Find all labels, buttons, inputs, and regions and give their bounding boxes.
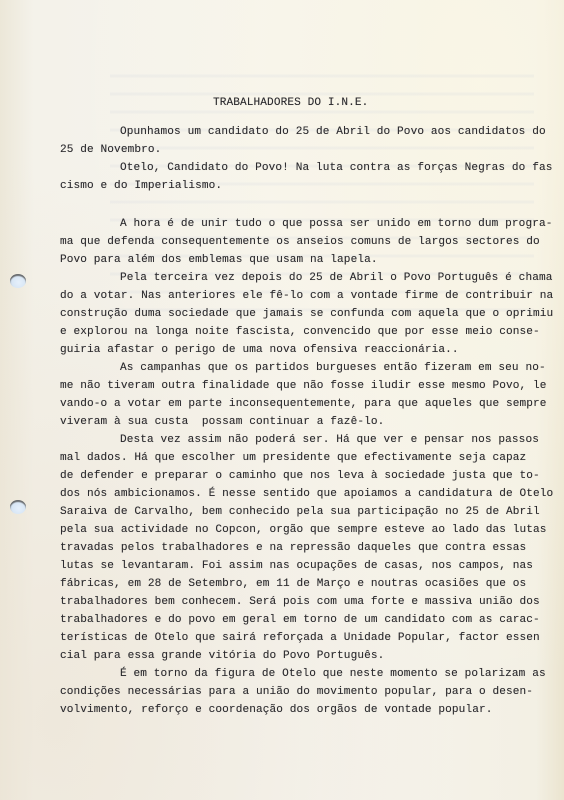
punch-hole-icon bbox=[10, 274, 26, 288]
text-line: trabalhadores bem conhecem. Será pois co… bbox=[60, 593, 540, 611]
text-line: guiria afastar o perigo de uma nova ofen… bbox=[60, 341, 540, 359]
text-line: dos nós ambicionamos. É nesse sentido qu… bbox=[60, 485, 540, 503]
text-line: viveram à sua custa possam continuar a f… bbox=[60, 413, 540, 431]
paragraph: A hora é de unir tudo o que possa ser un… bbox=[60, 215, 540, 269]
text-line: condições necessárias para a união do mo… bbox=[60, 683, 540, 701]
text-line: volvimento, reforço e coordenação dos or… bbox=[60, 701, 540, 719]
text-line: 25 de Novembro. bbox=[60, 141, 540, 159]
text-line: Pela terceira vez depois do 25 de Abril … bbox=[60, 269, 540, 287]
text-line: do a votar. Nas anteriores ele fê-lo com… bbox=[60, 287, 540, 305]
paragraph: As campanhas que os partidos burgueses e… bbox=[60, 359, 540, 431]
paragraph: Opunhamos um candidato do 25 de Abril do… bbox=[60, 123, 540, 159]
paragraph-gap bbox=[60, 195, 540, 215]
text-line: construção duma sociedade que jamais se … bbox=[60, 305, 540, 323]
text-line: e explorou na longa noite fascista, conv… bbox=[60, 323, 540, 341]
text-line: lutas se levantaram. Foi assim nas ocupa… bbox=[60, 557, 540, 575]
text-line: cismo e do Imperialismo. bbox=[60, 177, 540, 195]
text-line: A hora é de unir tudo o que possa ser un… bbox=[60, 215, 540, 233]
paragraph: É em torno da figura de Otelo que neste … bbox=[60, 665, 540, 719]
text-line: Otelo, Candidato do Povo! Na luta contra… bbox=[60, 159, 540, 177]
text-line: Povo para além dos emblemas que usam na … bbox=[60, 251, 540, 269]
text-line: É em torno da figura de Otelo que neste … bbox=[60, 665, 540, 683]
text-line: fábricas, em 28 de Setembro, em 11 de Ma… bbox=[60, 575, 540, 593]
document-title: TRABALHADORES DO I.N.E. bbox=[213, 94, 540, 112]
text-line: Saraiva de Carvalho, bem conhecido pela … bbox=[60, 503, 540, 521]
typewritten-document: TRABALHADORES DO I.N.E. Opunhamos um can… bbox=[60, 94, 540, 719]
text-line: de defender e preparar o caminho que nos… bbox=[60, 467, 540, 485]
text-line: mal dados. Há que escolher um presidente… bbox=[60, 449, 540, 467]
paragraph: Otelo, Candidato do Povo! Na luta contra… bbox=[60, 159, 540, 195]
text-line: vando-o a votar em parte inconsequenteme… bbox=[60, 395, 540, 413]
text-line: pela sua actividade no Copcon, orgão que… bbox=[60, 521, 540, 539]
text-line: trabalhadores e do povo em geral em torn… bbox=[60, 611, 540, 629]
text-line: Opunhamos um candidato do 25 de Abril do… bbox=[60, 123, 540, 141]
scanned-page: TRABALHADORES DO I.N.E. Opunhamos um can… bbox=[0, 0, 564, 800]
punch-hole-icon bbox=[10, 500, 26, 514]
text-line: me não tiveram outra finalidade que não … bbox=[60, 377, 540, 395]
text-line: cial para essa grande vitória do Povo Po… bbox=[60, 647, 540, 665]
text-line: Desta vez assim não poderá ser. Há que v… bbox=[60, 431, 540, 449]
text-line: travadas pelos trabalhadores e na repres… bbox=[60, 539, 540, 557]
text-line: ma que defenda consequentemente os ansei… bbox=[60, 233, 540, 251]
text-line: terísticas de Otelo que sairá reforçada … bbox=[60, 629, 540, 647]
paragraph: Pela terceira vez depois do 25 de Abril … bbox=[60, 269, 540, 359]
paragraph: Desta vez assim não poderá ser. Há que v… bbox=[60, 431, 540, 665]
text-line: As campanhas que os partidos burgueses e… bbox=[60, 359, 540, 377]
